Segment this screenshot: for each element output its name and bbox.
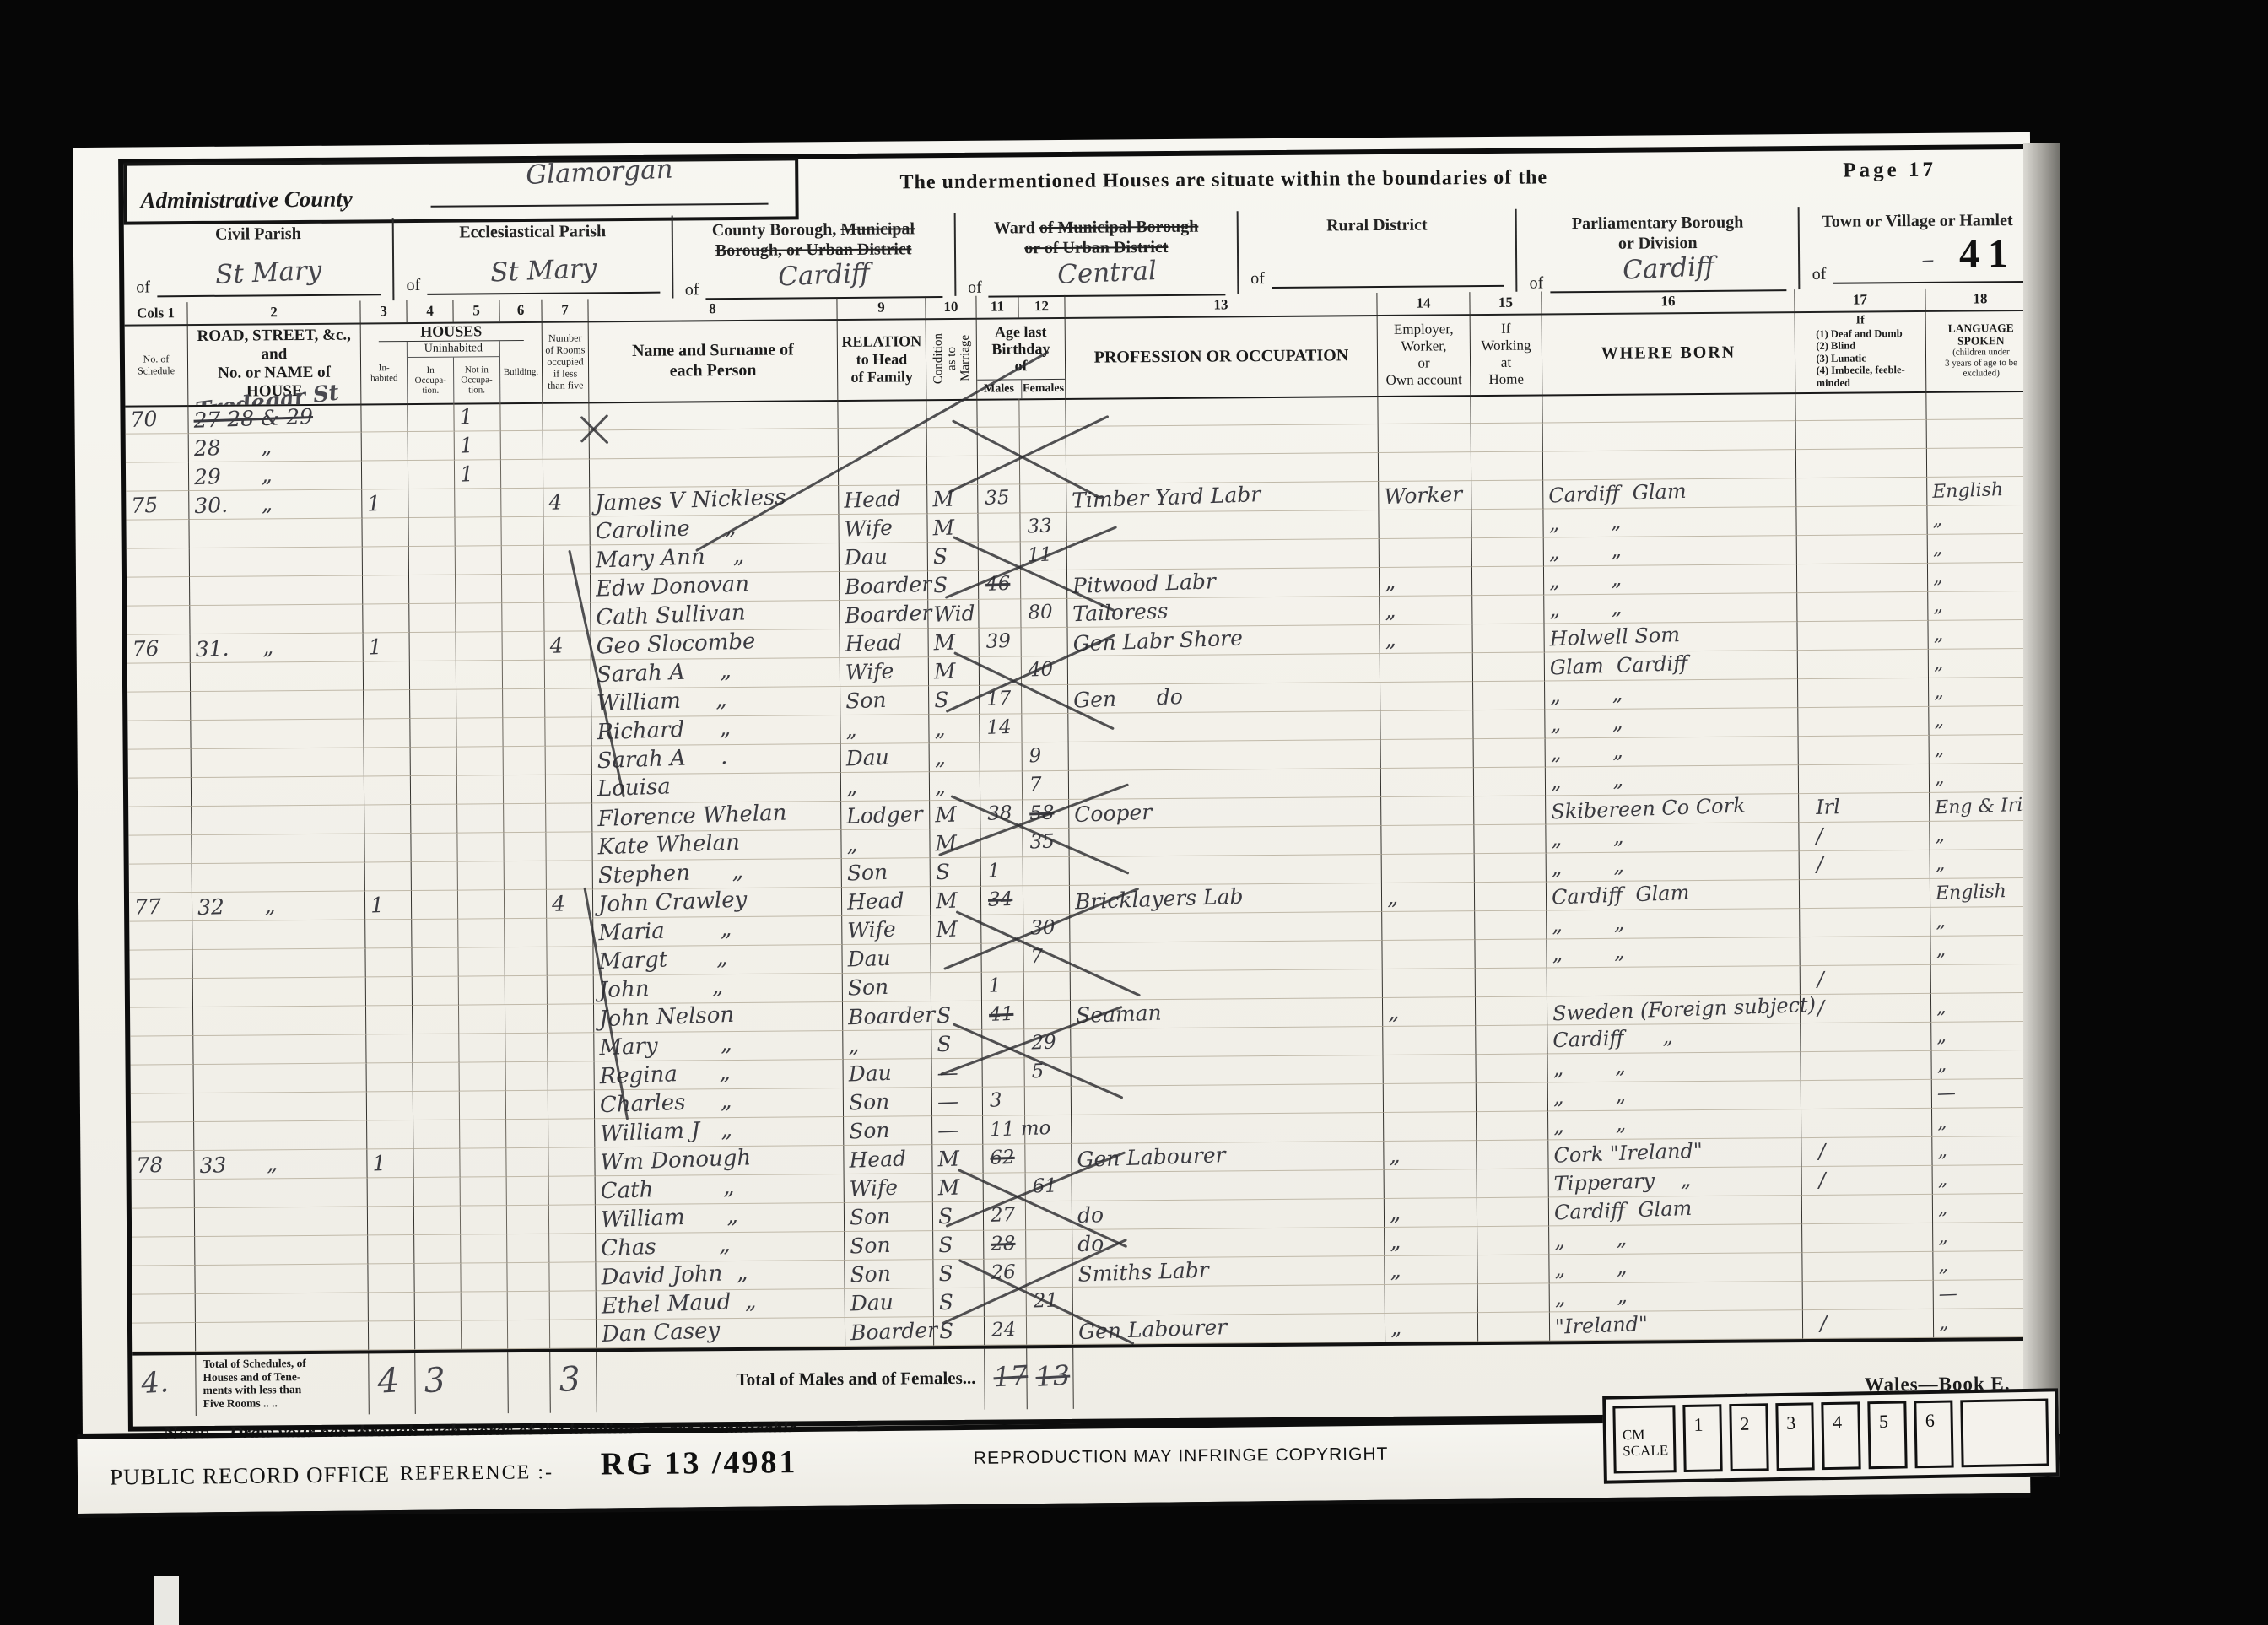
cell-ih — [366, 977, 413, 1006]
cell-inf: ∕ — [1801, 994, 1931, 1023]
cell-bd — [504, 833, 546, 861]
cell-ih — [363, 547, 409, 575]
cell-bd — [505, 890, 547, 919]
column-number: 15 — [1470, 291, 1542, 314]
cell-st — [190, 575, 363, 606]
cell-rm — [548, 1061, 595, 1090]
cell-rel: Boarder — [845, 1317, 934, 1347]
cell-rel: Boarder — [840, 571, 928, 601]
cell-bd — [504, 804, 546, 833]
cell-nm: Sarah A . — [592, 744, 841, 775]
cell-bd — [506, 1120, 548, 1148]
cell-born: "Ireland" — [1550, 1310, 1803, 1341]
cell-ah — [1471, 394, 1542, 424]
cell-io — [409, 547, 456, 575]
cell-s — [131, 1122, 194, 1152]
cell-ah — [1478, 1283, 1550, 1313]
cell-occ: Gen Labourer — [1073, 1314, 1385, 1345]
cell-bd — [502, 575, 544, 603]
cell-inf — [1796, 478, 1927, 507]
cell-born — [1543, 421, 1796, 451]
cell-af: 7 — [1023, 943, 1070, 972]
cell-ah — [1474, 738, 1546, 768]
cell-rel: Head — [844, 1145, 932, 1174]
cell-bd — [500, 402, 543, 431]
header-relation: RELATION to Head of Family — [838, 318, 927, 400]
houses-title: HOUSES — [379, 321, 523, 342]
cell-ih: 1 — [364, 633, 410, 661]
totals-uninhabited: 3 — [415, 1352, 509, 1414]
header-employer: Employer, Worker, or Own account — [1378, 314, 1471, 396]
header-box-parliamentary-borough: Parliamentary Boroughor Division ofCardi… — [1517, 207, 1801, 292]
cell-bd — [501, 489, 543, 517]
cell-rel: Head — [839, 485, 927, 515]
cell-io — [413, 977, 459, 1006]
county-borough-value: Cardiff — [705, 259, 942, 300]
header-where-born: WHERE BORN — [1542, 311, 1796, 394]
header-box-ecclesiastical-parish: Ecclesiastical Parish ofSt Mary — [394, 216, 673, 301]
cell-rm — [548, 975, 594, 1004]
column-number: 11 — [976, 295, 1018, 317]
cell-ih — [367, 1120, 413, 1149]
cell-io — [412, 862, 458, 891]
cell-inf — [1802, 1223, 1933, 1253]
cell-bd — [502, 546, 544, 575]
cell-st — [190, 547, 363, 577]
cell-st — [191, 719, 364, 749]
cell-inf — [1801, 1109, 1932, 1138]
cell-inf — [1796, 420, 1927, 450]
cell-inf — [1800, 908, 1930, 937]
cell-occ: Gen do — [1068, 683, 1380, 714]
cell-nm: Regina „ — [595, 1060, 844, 1090]
cell-nm — [590, 429, 839, 459]
cell-inf: ∕ — [1803, 1309, 1934, 1339]
box-label: Ecclesiastical Parish — [394, 216, 672, 257]
cell-ih — [364, 690, 410, 719]
cell-am: 28 — [984, 1230, 1026, 1259]
cell-st — [191, 690, 364, 721]
cell-rm — [547, 861, 593, 889]
header-working-at-home: If Working at Home — [1471, 313, 1543, 395]
cell-born: Glam Cardiff — [1545, 651, 1798, 681]
cell-ah — [1475, 853, 1547, 883]
header-not-in-occupation: Not in Occupa- tion. — [454, 357, 499, 402]
cell-nm: Stephen „ — [593, 859, 842, 889]
cell-bd — [503, 718, 545, 747]
cell-rm — [550, 1320, 597, 1348]
cell-nm: Maria „ — [593, 916, 842, 947]
cell-s — [132, 1323, 196, 1352]
cell-born: „ „ — [1544, 593, 1797, 624]
totals-males-females-label: Total of Males and of Females... — [597, 1349, 985, 1413]
cell-no — [456, 575, 502, 603]
column-number: Cols 1 — [124, 302, 187, 325]
cell-af — [1022, 714, 1068, 742]
column-number: 10 — [926, 296, 976, 318]
cell-emp — [1381, 739, 1474, 769]
cell-inf — [1800, 879, 1930, 909]
page-number: Page 17 — [1843, 159, 1936, 183]
cell-no: 1 — [455, 431, 501, 460]
cell-born: „ „ — [1545, 708, 1798, 738]
cell-io — [410, 719, 456, 748]
cell-ah — [1478, 1312, 1550, 1342]
cell-no — [462, 1292, 508, 1320]
cell-occ: Tailoress — [1067, 597, 1380, 628]
cell-s — [131, 1065, 194, 1094]
cell-occ — [1072, 1084, 1384, 1115]
header-box-town-village: Town or Village or Hamlet 41 of– — [1800, 205, 2035, 289]
cell-occ: Gen Labr Shore — [1067, 625, 1380, 656]
cell-rel: Son — [845, 1202, 933, 1232]
cell-am: 1 — [982, 972, 1024, 1001]
header-condition: Condition as to Marriage — [926, 318, 978, 399]
cell-st: 33 „ — [194, 1149, 367, 1180]
cell-emp: „ — [1380, 596, 1472, 625]
cell-s — [132, 1294, 196, 1324]
cell-am: 34 — [981, 886, 1023, 915]
cell-inf — [1796, 506, 1927, 536]
cell-st — [196, 1293, 369, 1323]
cell-st — [192, 862, 365, 893]
public-record-office-label: PUBLIC RECORD OFFICE — [110, 1461, 390, 1490]
cell-rel: Wife — [842, 915, 931, 945]
cell-af — [1026, 1230, 1072, 1259]
cell-bd — [501, 517, 543, 546]
cell-ah — [1472, 624, 1544, 653]
cell-emp — [1379, 424, 1471, 453]
cell-s — [132, 1237, 195, 1266]
cell-ih: 1 — [367, 1149, 413, 1178]
cell-io — [410, 633, 456, 661]
cell-st — [190, 604, 363, 634]
cell-ih — [369, 1293, 415, 1321]
cell-st — [191, 661, 364, 692]
cell-lang: „ — [1927, 505, 2037, 535]
cell-bd — [503, 661, 545, 689]
cell-bd — [505, 1034, 548, 1062]
cell-cond — [927, 428, 978, 456]
cell-s — [128, 835, 192, 865]
cell-st — [195, 1178, 368, 1208]
cell-io — [408, 403, 454, 432]
cell-born: Cork "Ireland" — [1548, 1138, 1801, 1169]
cell-emp: „ — [1385, 1255, 1477, 1285]
cell-cond: S — [934, 1317, 985, 1346]
header-uninhabited-group: Uninhabited In Occupa- tion. Not in Occu… — [408, 341, 500, 403]
cell-s — [127, 577, 190, 607]
totals-inhabited: 4 — [369, 1353, 416, 1414]
cell-io — [414, 1207, 461, 1235]
cell-emp: Worker — [1379, 481, 1471, 510]
cell-inf — [1795, 391, 1926, 421]
cell-occ — [1066, 396, 1378, 427]
cell-no — [458, 947, 505, 976]
cell-no — [459, 1034, 505, 1062]
cell-ah — [1477, 1169, 1549, 1198]
cell-ah — [1474, 824, 1546, 854]
cell-rel: Wife — [839, 514, 927, 543]
cell-io — [413, 1034, 459, 1063]
cell-ah — [1476, 968, 1547, 997]
cell-cond: Wid — [928, 600, 979, 629]
cell-ah — [1477, 1082, 1548, 1112]
cell-am — [983, 1058, 1025, 1087]
cell-nm: Cath „ — [596, 1174, 845, 1205]
header-name-surname: Name and Surname of each Person — [589, 319, 839, 402]
cell-born: „ „ — [1547, 1052, 1801, 1082]
cell-rm: 4 — [545, 631, 591, 660]
cell-nm: Mary „ — [594, 1031, 843, 1061]
cell-st: 32 „ — [192, 891, 365, 921]
cell-st: 27 28 & 29 — [188, 403, 361, 434]
cell-no — [458, 890, 505, 919]
cell-emp — [1379, 452, 1471, 482]
cell-st: 28 „ — [189, 432, 362, 462]
cell-af: 33 — [1020, 513, 1066, 542]
cell-inf — [1796, 449, 1927, 478]
cell-s — [126, 434, 189, 463]
cell-ih — [364, 834, 411, 862]
cell-no — [460, 1091, 506, 1120]
column-number: 9 — [837, 296, 926, 319]
totals-schedule-count: 4. — [132, 1355, 197, 1417]
cell-occ — [1069, 740, 1381, 771]
cell-s — [130, 1007, 193, 1037]
cell-cond: S — [933, 1260, 984, 1288]
cell-born: Tipperary „ — [1549, 1167, 1802, 1197]
cell-born: „ „ — [1544, 564, 1797, 595]
cell-emp: „ — [1385, 1198, 1477, 1228]
cell-occ — [1070, 855, 1382, 886]
cell-am: 24 — [985, 1316, 1027, 1345]
cell-rm — [543, 459, 590, 488]
totals-rooms: 3 — [550, 1352, 597, 1412]
cell-inf — [1800, 937, 1930, 966]
cell-lang — [1927, 419, 2037, 449]
cell-inf — [1801, 1051, 1931, 1081]
cell-rel: Head — [842, 887, 931, 916]
header-box-civil-parish: Civil Parish ofSt Mary — [124, 218, 395, 303]
cell-st — [192, 805, 364, 835]
cell-am: 14 — [980, 714, 1022, 742]
cell-nm: William J „ — [595, 1117, 844, 1147]
cell-io — [408, 518, 455, 547]
header-inhabited: In- habited — [361, 342, 408, 403]
cell-occ — [1072, 1170, 1385, 1201]
cell-lang: „ — [1928, 534, 2038, 564]
cell-s — [129, 864, 192, 893]
cell-no — [461, 1234, 507, 1263]
cell-st: 31. „ — [191, 633, 364, 663]
cell-io — [410, 661, 456, 690]
cell-occ — [1067, 539, 1380, 570]
cell-rm — [543, 516, 590, 545]
cell-bd — [505, 976, 548, 1005]
cell-ah — [1471, 480, 1543, 510]
cell-af: 9 — [1023, 742, 1069, 771]
cell-born: Cardiff „ — [1547, 1023, 1801, 1054]
ecclesiastical-parish-value: St Mary — [427, 255, 660, 295]
cell-ah — [1477, 1111, 1548, 1141]
cell-ih — [368, 1178, 414, 1207]
cell-io — [412, 920, 458, 948]
cell-ah — [1472, 537, 1544, 567]
cell-inf — [1798, 678, 1929, 708]
cell-s — [132, 1208, 195, 1238]
pen-marks — [73, 132, 2030, 148]
cell-bd — [502, 603, 544, 632]
cell-rel: „ — [840, 715, 929, 744]
cell-am: 35 — [978, 484, 1020, 513]
cell-s — [131, 1093, 194, 1123]
cell-rm — [547, 947, 593, 975]
cell-nm: Cath Sullivan — [591, 601, 840, 631]
cell-born: Holwell Som — [1544, 622, 1797, 652]
cell-lang: „ — [1928, 591, 2038, 621]
cell-bd — [506, 1148, 548, 1177]
header-box-county-borough: County Borough, MunicipalBorough, or Urb… — [672, 213, 956, 299]
cell-inf: ∕ — [1799, 822, 1930, 851]
cell-rel: Son — [842, 858, 931, 888]
column-number: 7 — [542, 299, 588, 321]
cm-scale-number: 5 — [1868, 1401, 1908, 1469]
cell-ih — [364, 719, 410, 748]
cell-s — [132, 1180, 195, 1209]
cell-born: Sweden (Foreign subject) — [1547, 995, 1801, 1025]
cell-st — [194, 1063, 367, 1093]
cell-no — [461, 1206, 507, 1234]
cell-af — [1027, 1316, 1073, 1345]
cell-rel: Son — [840, 686, 929, 715]
cell-lang — [1927, 448, 2037, 478]
cell-rel: „ — [841, 772, 930, 802]
piece-number-stamp: 41 — [1959, 230, 2017, 278]
header-in-occupation: In Occupa- tion. — [408, 358, 454, 403]
cell-s: 77 — [129, 893, 192, 922]
cell-io — [415, 1293, 462, 1321]
cell-emp: „ — [1384, 1141, 1477, 1170]
cell-af — [1023, 886, 1070, 915]
cell-st — [195, 1264, 368, 1294]
cell-rel: Head — [840, 629, 929, 658]
cell-s: 75 — [126, 491, 189, 521]
cell-io — [411, 805, 457, 834]
cell-ih — [366, 1006, 413, 1034]
cm-scale-number: 2 — [1729, 1403, 1768, 1471]
cell-rm — [544, 574, 591, 602]
cell-inf: ∕ — [1800, 850, 1930, 880]
cell-occ — [1070, 941, 1382, 972]
cell-cond: S — [934, 1288, 985, 1317]
cell-st — [193, 977, 366, 1007]
cell-no — [456, 632, 503, 661]
administrative-county-label: Administrative County — [140, 186, 353, 214]
cell-emp — [1384, 1112, 1477, 1142]
cell-st — [195, 1207, 368, 1237]
cell-nm: Sarah A „ — [591, 658, 840, 688]
cell-no — [459, 976, 505, 1005]
cell-af — [1024, 1001, 1071, 1029]
cell-no — [456, 661, 503, 689]
cell-nm: Wm Donough — [595, 1146, 844, 1176]
cell-io — [408, 432, 455, 461]
cell-born — [1542, 392, 1795, 423]
cell-af — [1024, 972, 1071, 1001]
cell-bd — [508, 1320, 550, 1349]
column-number: 18 — [1925, 288, 2035, 310]
cell-occ — [1072, 1055, 1384, 1087]
cell-nm: John Crawley — [593, 888, 842, 918]
cell-lang: „ — [1929, 678, 2038, 707]
cell-s — [128, 807, 192, 836]
cell-emp — [1380, 682, 1473, 711]
cell-ih — [368, 1207, 414, 1235]
cell-inf — [1801, 1080, 1932, 1109]
cell-occ — [1072, 1113, 1384, 1144]
cell-am: 17 — [980, 685, 1022, 714]
cell-ih — [366, 1034, 413, 1063]
cell-emp: „ — [1380, 624, 1472, 654]
header-infirmity: If (1) Deaf and Dumb (2) Blind (3) Lunat… — [1795, 310, 1927, 392]
cell-occ — [1071, 1027, 1383, 1058]
cell-af — [1025, 1087, 1072, 1115]
cell-born: „ „ — [1546, 765, 1799, 796]
cell-st — [196, 1321, 369, 1352]
cell-nm: John Nelson — [594, 1002, 843, 1033]
cell-st — [192, 948, 365, 979]
cell-st — [193, 1034, 366, 1065]
cell-af — [1020, 484, 1066, 513]
cell-rm — [548, 1090, 595, 1119]
cell-af — [1025, 1115, 1072, 1144]
cell-st — [192, 834, 364, 864]
cell-s — [127, 692, 191, 721]
cell-occ — [1068, 654, 1380, 685]
cell-io — [412, 891, 458, 920]
cell-born — [1543, 450, 1796, 480]
cell-inf — [1797, 535, 1928, 564]
cell-no — [455, 489, 501, 517]
cell-born: „ „ — [1548, 1109, 1801, 1140]
cell-rm — [548, 1147, 595, 1176]
cell-born: Cardiff Glam — [1547, 880, 1800, 910]
cm-scale-number: 6 — [1914, 1400, 1953, 1468]
cell-rel: Boarder — [843, 1001, 931, 1031]
cell-inf: ∕ — [1801, 1137, 1932, 1167]
cell-bd — [501, 460, 543, 489]
administrative-county-value: Glamorgan — [430, 156, 768, 208]
cell-nm: Richard „ — [591, 715, 840, 746]
cell-inf: ∕ — [1802, 1166, 1933, 1196]
cell-ah — [1475, 910, 1547, 940]
cell-io — [414, 1235, 461, 1264]
cell-ah — [1477, 1226, 1549, 1255]
cell-emp — [1381, 768, 1474, 797]
box-label: Civil Parish — [124, 218, 393, 258]
census-rows: 7027 28 & 29128 „129 „17530. „14James V … — [125, 391, 2044, 1352]
cell-no — [456, 689, 503, 718]
cell-rm — [545, 660, 591, 688]
column-number: 14 — [1377, 292, 1470, 315]
header-age-females: Females — [1022, 380, 1066, 398]
cell-occ — [1069, 769, 1381, 800]
cell-st — [192, 748, 364, 778]
cell-occ: Seaman — [1071, 998, 1383, 1029]
cell-rel: Boarder — [840, 600, 928, 629]
cell-no — [457, 833, 504, 861]
